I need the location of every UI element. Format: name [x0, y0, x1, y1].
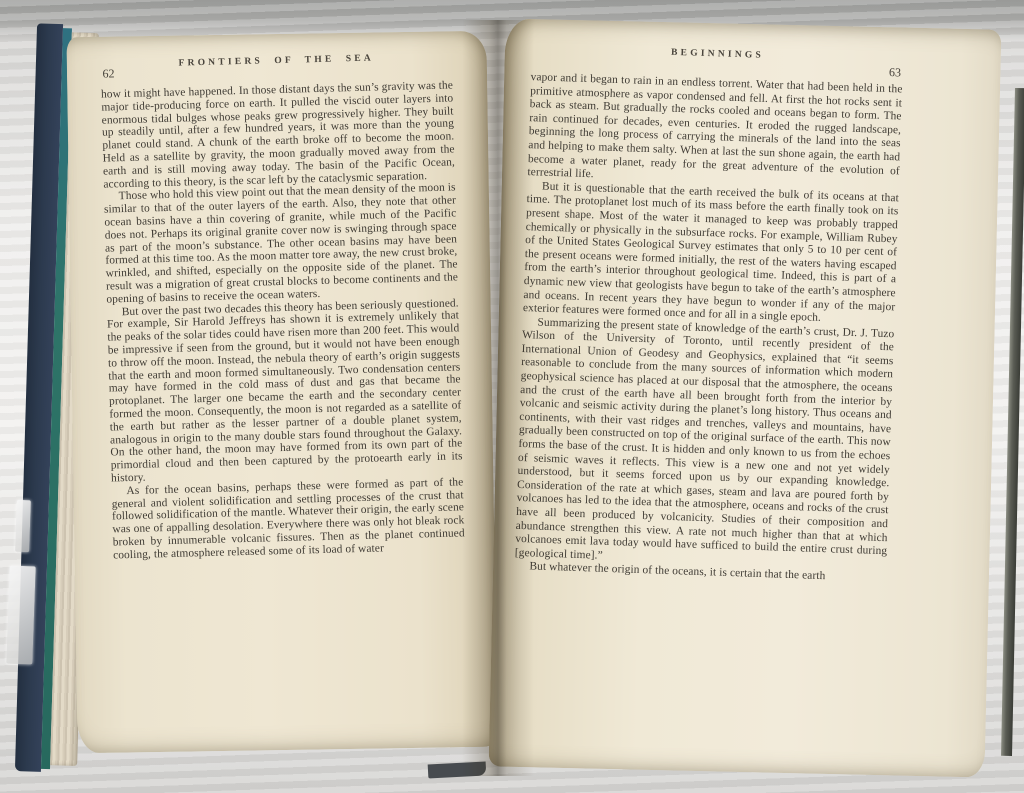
left-paragraph-1: how it might have happened. In those dis…	[101, 79, 456, 191]
right-paragraph-3: Summarizing the present state of knowled…	[515, 316, 895, 573]
book-cover-edge-right	[1001, 88, 1024, 756]
left-page-text-block: 62 FRONTIERS OF THE SEA how it might hav…	[100, 51, 465, 562]
tape-mark	[6, 566, 35, 665]
left-paragraph-4: As for the ocean basins, perhaps these w…	[111, 476, 465, 562]
left-page-header-row: 62 FRONTIERS OF THE SEA	[100, 51, 452, 82]
left-paragraph-2: Those who hold this view point out that …	[104, 182, 459, 306]
tape-mark	[15, 500, 31, 552]
right-page-text-block: BEGINNINGS 63 vapor and it began to rain…	[514, 43, 903, 586]
photo-background: 62 FRONTIERS OF THE SEA how it might hav…	[0, 0, 1024, 793]
right-paragraph-1: vapor and it began to rain in an endless…	[527, 71, 902, 192]
right-paragraph-2: But it is questionable that the earth re…	[523, 180, 899, 328]
gutter-bottom-shadow	[428, 761, 487, 778]
page-number-right: 63	[889, 65, 901, 80]
running-header-right: BEGINNINGS	[531, 43, 903, 65]
running-header-left: FRONTIERS OF THE SEA	[100, 51, 452, 70]
left-paragraph-3: But over the past two decades this theor…	[107, 297, 464, 485]
right-page: BEGINNINGS 63 vapor and it began to rain…	[489, 18, 1002, 777]
left-page: 62 FRONTIERS OF THE SEA how it might hav…	[66, 31, 497, 754]
